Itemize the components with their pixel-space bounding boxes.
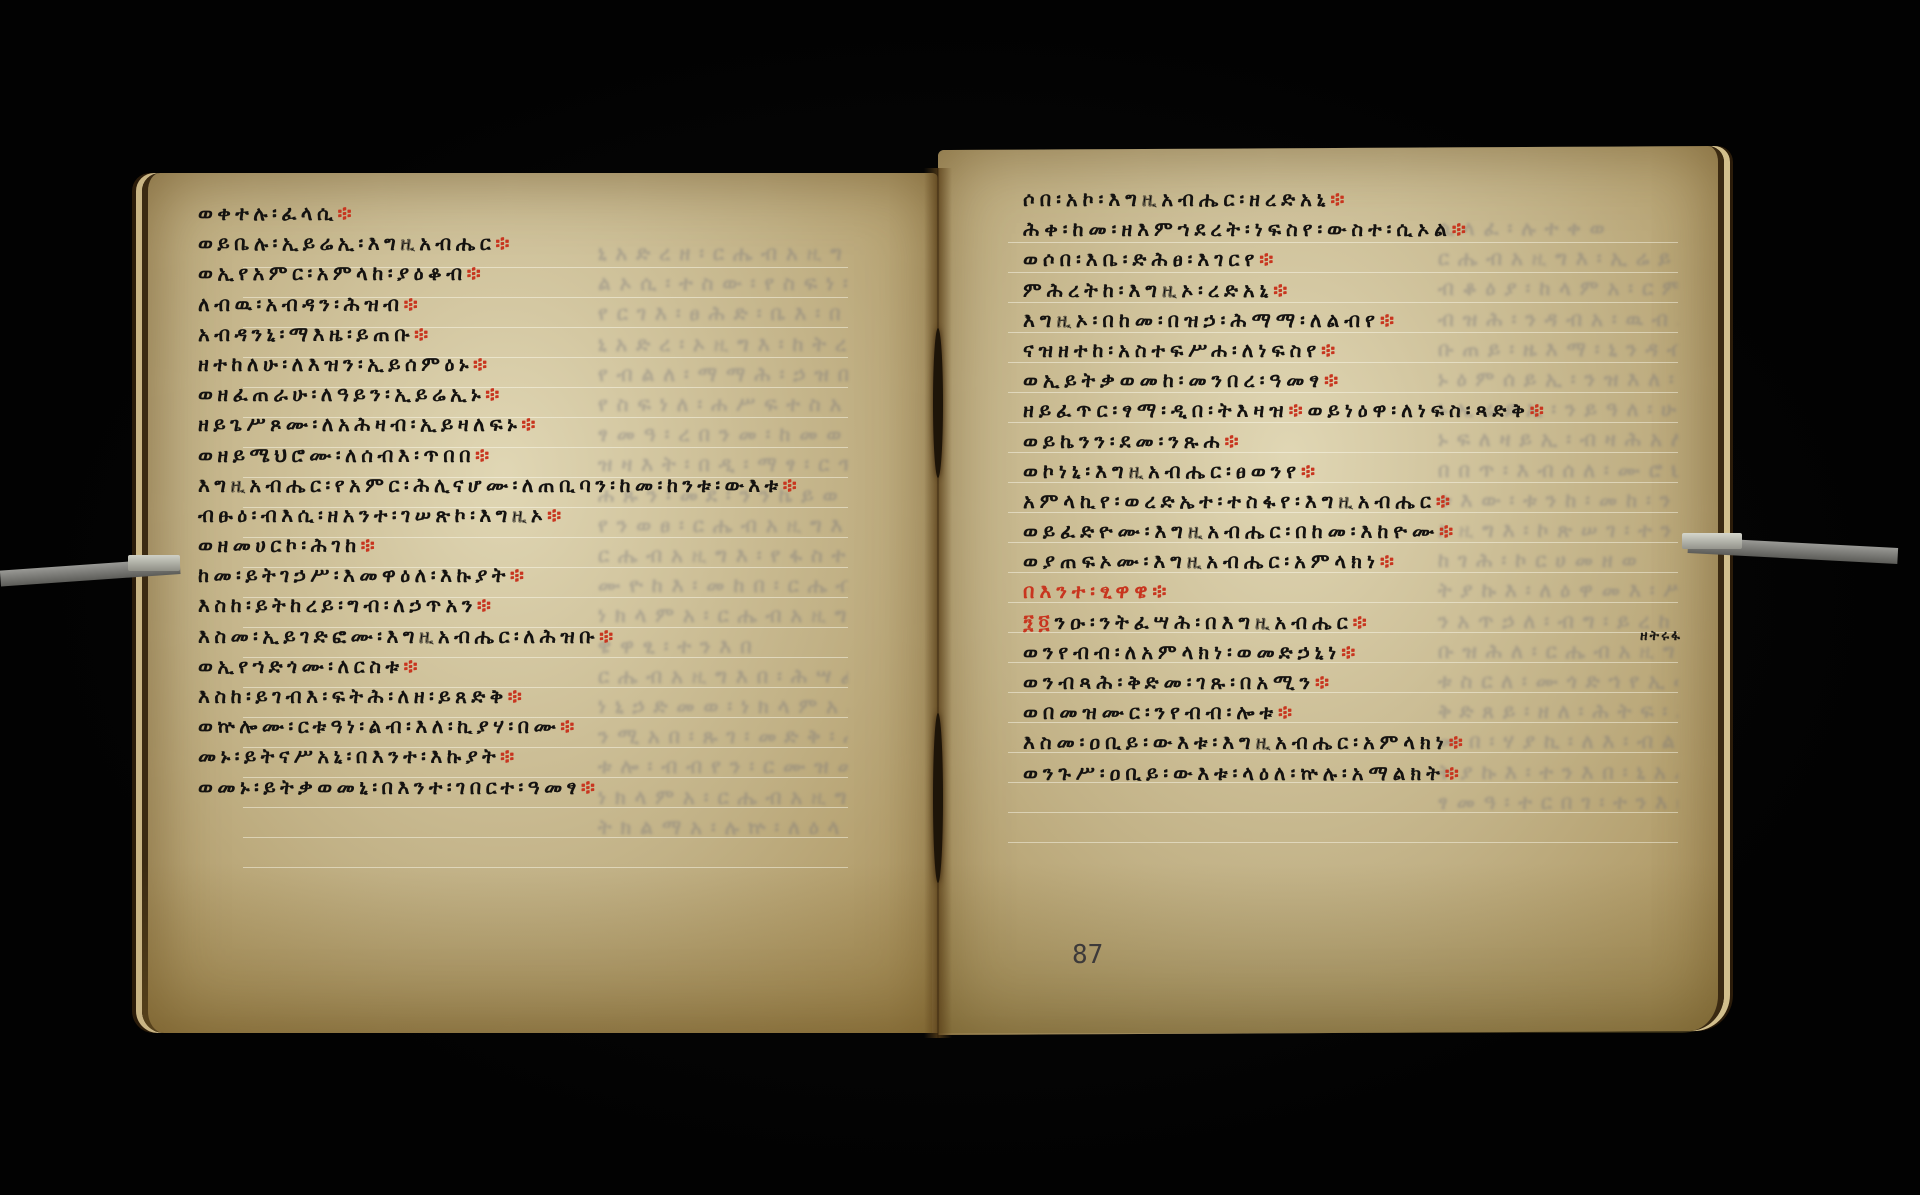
verse-divider-icon: ፨ (1259, 247, 1278, 271)
book-rest-left-tip (128, 555, 180, 571)
verse-divider-icon: ፨ (783, 473, 802, 497)
verse-divider-icon: ፨ (599, 624, 618, 648)
line-text: ወሶበ፡እቤ፡ድሕፀ፡እገርየ (1023, 247, 1259, 271)
line-text: ወይኬንን፡ደመ፡ንጹሐ (1023, 429, 1225, 453)
text-line: እግዚኦ፡በከመ፡በዝኃ፡ሕማማ፡ለልብየ፨ (1023, 305, 1549, 335)
text-line: ሕቀ፡ከመ፡ዘእምኀደረት፡ነፍስየ፡ውስተ፡ሲኦል፨ (1023, 214, 1549, 244)
line-text: ዘተከለሁ፡ለእዝን፡ኢይሰምዕኑ (198, 352, 473, 376)
text-line: ወሶበ፡እቤ፡ድሕፀ፡እገርየ፨ (1023, 244, 1549, 274)
line-text: አብዳንኒ፡ማእዜ፡ይጠቡ (198, 322, 414, 346)
catchword: ዘትሩፋ (1640, 628, 1682, 644)
verse-divider-icon: ፨ (581, 775, 600, 799)
line-text: እስመ፡ኢይገድፎሙ፡እግዚአብሔር፡ለሕዝቡ (198, 624, 599, 648)
line-text: መኑ፡ይትናሥአኒ፡በእንተ፡እኩያት (198, 744, 500, 768)
line-text: ሕቀ፡ከመ፡ዘእምኀደረት፡ነፍስየ፡ውስተ፡ሲኦል (1023, 217, 1452, 241)
verse-divider-icon: ፨ (1380, 549, 1399, 573)
verse-divider-icon: ፨ (1330, 187, 1349, 211)
text-line: ከመ፡ይትገኃሥ፡እመዋዕለ፡እኩያት፨ (198, 560, 801, 590)
line-text: ዘይጌሥጾሙ፡ለአሕዛብ፡ኢይዛለፍኑ (198, 412, 521, 436)
verse-divider-icon: ፨ (475, 443, 494, 467)
line-text: ምሕረትከ፡እግዚኦ፡ረድአኒ (1023, 278, 1273, 302)
psalm-number: ፺፬ (1023, 610, 1055, 634)
text-line: ወመኑ፡ይትቃወመኒ፡በእንተ፡ገበርተ፡ዓመፃ፨ (198, 772, 801, 802)
text-line: ሶበ፡አኮ፡እግዚአብሔር፡ዘረድአኒ፨ (1023, 184, 1549, 214)
verse-divider-icon: ፨ (495, 231, 514, 255)
line-text: አምላኪየ፡ወረድኤተ፡ተስፋየ፡እግዚአብሔር (1023, 489, 1436, 513)
verse-divider-icon: ፨ (403, 654, 422, 678)
verse-divider-icon: ፨ (1273, 278, 1292, 302)
line-text: ወንየብብ፡ለአምላክነ፡ወመድኃኒነ (1023, 640, 1341, 664)
book-gutter (924, 168, 952, 1038)
line-text: ወይፈድዮሙ፡እግዚአብሔር፡በከመ፡እከዮሙ (1023, 519, 1439, 543)
text-line: ወኢይትቃወመከ፡መንበረ፡ዓመፃ፨ (1023, 365, 1549, 395)
text-line: ወይቤሉ፡ኢይሬኢ፡እግዚአብሔር፨ (198, 228, 801, 258)
text-line: ወንብጻሕ፡ቅድመ፡ገጹ፡በአሚን፨ (1023, 667, 1549, 697)
line-text: ከመ፡ይትገኃሥ፡እመዋዕለ፡እኩያት (198, 563, 510, 587)
verse-divider-icon: ፨ (1225, 429, 1244, 453)
text-line: እስከ፡ይትከረይ፡ግብ፡ለኃጥአን፨ (198, 590, 801, 620)
verse-divider-icon: ፨ (473, 352, 492, 376)
text-line: ወኢየአምር፡አምላከ፡ያዕቆብ፨ (198, 258, 801, 288)
line-text: ወንጉሥ፡ዐቢይ፡ውእቱ፡ላዕለ፡ኵሉ፡አማልክት (1023, 761, 1445, 785)
left-page-stain (142, 863, 932, 1033)
line-text: ሶበ፡አኮ፡እግዚአብሔር፡ዘረድአኒ (1023, 187, 1330, 211)
line-text: ወያጠፍኦሙ፡እግዚአብሔር፡አምላክነ (1023, 549, 1380, 573)
line-text: ወይቤሉ፡ኢይሬኢ፡እግዚአብሔር (198, 231, 495, 255)
verse-divider-icon: ፨ (1436, 489, 1455, 513)
line-text: ንዑ፡ንትፈሣሕ፡በእግዚአብሔር (1055, 610, 1353, 634)
verse-divider-icon: ፨ (1324, 368, 1343, 392)
line-text: ወንብጻሕ፡ቅድመ፡ገጹ፡በአሚን (1023, 670, 1315, 694)
verse-divider-icon: ፨ (361, 533, 380, 557)
line-text: ወኵሎሙ፡ርቱዓነ፡ልብ፡እለ፡ኪያሃ፡በሙ (198, 714, 560, 738)
text-line: አምላኪየ፡ወረድኤተ፡ተስፋየ፡እግዚአብሔር፨ (1023, 486, 1549, 516)
verse-divider-icon: ፨ (485, 382, 504, 406)
binding-stitch-upper (933, 328, 943, 478)
line-text: ለብዉ፡አብዳን፡ሕዝብ (198, 292, 404, 316)
text-line: እግዚአብሔር፡የአምር፡ሕሊናሆሙ፡ለጠቢባን፡ከመ፡ከንቱ፡ውእቱ፨ (198, 470, 801, 500)
text-line: ወኵሎሙ፡ርቱዓነ፡ልብ፡እለ፡ኪያሃ፡በሙ፨ (198, 711, 801, 741)
line-text: ወዘይሜህሮሙ፡ለሰብእ፡ጥበበ (198, 443, 475, 467)
text-line: እስከ፡ይገብእ፡ፍትሕ፡ለዘ፡ይጸድቅ፨ (198, 681, 801, 711)
verse-divider-icon: ፨ (1445, 761, 1464, 785)
line-text: እግዚኦ፡በከመ፡በዝኃ፡ሕማማ፡ለልብየ (1023, 308, 1380, 332)
verse-divider-icon: ፨ (521, 412, 540, 436)
line-text: እስከ፡ይገብእ፡ፍትሕ፡ለዘ፡ይጸድቅ (198, 684, 508, 708)
line-text: ወቀተሉ፡ፈላሲ (198, 201, 338, 225)
text-line: ለብዉ፡አብዳን፡ሕዝብ፨ (198, 289, 801, 319)
text-line: ወቀተሉ፡ፈላሲ፨ (198, 198, 801, 228)
verse-divider-icon: ፨ (404, 292, 423, 316)
right-page-text: ሶበ፡አኮ፡እግዚአብሔር፡ዘረድአኒ፨ሕቀ፡ከመ፡ዘእምኀደረት፡ነፍስየ፡ው… (1023, 184, 1549, 788)
text-line: ወይፈድዮሙ፡እግዚአብሔር፡በከመ፡እከዮሙ፨ (1023, 516, 1549, 546)
text-line: ዘይፈጥር፡ፃማ፡ዲበ፡ትእዛዝ፨ወይነዕዋ፡ለነፍስ፡ጻድቅ፨ (1023, 395, 1549, 425)
left-page-text: ወቀተሉ፡ፈላሲ፨ወይቤሉ፡ኢይሬኢ፡እግዚአብሔር፨ወኢየአምር፡አምላከ፡ያ… (198, 198, 801, 802)
text-line: ወያጠፍኦሙ፡እግዚአብሔር፡አምላክነ፨ (1023, 546, 1549, 576)
binding-stitch-lower (933, 713, 943, 883)
verse-divider-icon: ፨ (1452, 217, 1471, 241)
line-text: ወኢይትቃወመከ፡መንበረ፡ዓመፃ (1023, 368, 1324, 392)
book-rest-right-tip (1682, 533, 1742, 549)
verse-divider-icon: ፨ (1439, 519, 1458, 543)
line-text: እስመ፡ዐቢይ፡ውእቱ፡እግዚአብሔር፡አምላክነ (1023, 730, 1449, 754)
line-text: ወኮነኒ፡እግዚአብሔር፡ፀወንየ (1023, 459, 1301, 483)
verse-divider-icon: ፨ (560, 714, 579, 738)
line-text: ወኢየኀድጎሙ፡ለርስቱ (198, 654, 403, 678)
text-line: ወንየብብ፡ለአምላክነ፡ወመድኃኒነ፨ (1023, 637, 1549, 667)
text-line: ወኮነኒ፡እግዚአብሔር፡ፀወንየ፨ (1023, 456, 1549, 486)
verse-divider-icon: ፨ (1449, 730, 1468, 754)
verse-divider-icon: ፨ (1321, 338, 1340, 362)
text-line: በእንተ፡ፂዋዌ፨ (1023, 576, 1549, 606)
folio-number: 87 (1072, 940, 1103, 970)
text-line: መኑ፡ይትናሥአኒ፡በእንተ፡እኩያት፨ (198, 741, 801, 771)
line-text: እግዚአብሔር፡የአምር፡ሕሊናሆሙ፡ለጠቢባን፡ከመ፡ከንቱ፡ውእቱ (198, 473, 783, 497)
right-page-stain (938, 863, 1718, 1033)
line-text: ወመኑ፡ይትቃወመኒ፡በእንተ፡ገበርተ፡ዓመፃ (198, 775, 581, 799)
text-line: ወይኬንን፡ደመ፡ንጹሐ፨ (1023, 426, 1549, 456)
open-manuscript: ኒአድረዘ፡ርሔብአዚግእ፡ኮአ፡በሶልኦሲ፡ተስው፡የስፍነ፡ትረደኀምእዘ፡… (128, 148, 1738, 1048)
line-text: ናዝዘተከ፡አስተፍሥሐ፡ለነፍስየ (1023, 338, 1321, 362)
line-text: ወኢየአምር፡አምላከ፡ያዕቆብ (198, 261, 467, 285)
verse-divider-icon: ፨ (1152, 579, 1171, 603)
text-line: ዘይጌሥጾሙ፡ለአሕዛብ፡ኢይዛለፍኑ፨ (198, 409, 801, 439)
line-text: ወዘመሀርኮ፡ሕገከ (198, 533, 361, 557)
text-line: ፺፬ንዑ፡ንትፈሣሕ፡በእግዚአብሔር፨ (1023, 607, 1549, 637)
text-line: አብዳንኒ፡ማእዜ፡ይጠቡ፨ (198, 319, 801, 349)
line-text: ወዘፈጠራሁ፡ለዓይን፡ኢይሬኢኑ (198, 382, 485, 406)
text-line: ወዘይሜህሮሙ፡ለሰብእ፡ጥበበ፨ (198, 440, 801, 470)
verse-divider-icon: ፨ (547, 503, 566, 527)
verse-divider-icon: ፨ (1315, 670, 1334, 694)
text-line: ወኢየኀድጎሙ፡ለርስቱ፨ (198, 651, 801, 681)
line-text: በእንተ፡ፂዋዌ (1023, 579, 1152, 603)
text-line: እስመ፡ዐቢይ፡ውእቱ፡እግዚአብሔር፡አምላክነ፨ (1023, 727, 1549, 757)
line-text: ወበመዝሙር፡ንየብብ፡ሎቱ (1023, 700, 1278, 724)
text-line: ወንጉሥ፡ዐቢይ፡ውእቱ፡ላዕለ፡ኵሉ፡አማልክት፨ (1023, 758, 1549, 788)
text-line: ወበመዝሙር፡ንየብብ፡ሎቱ፨ (1023, 697, 1549, 727)
text-line: ወዘመሀርኮ፡ሕገከ፨ (198, 530, 801, 560)
text-line: ዘተከለሁ፡ለእዝን፡ኢይሰምዕኑ፨ (198, 349, 801, 379)
verse-divider-icon: ፨ (1353, 610, 1372, 634)
verse-divider-icon: ፨ (338, 201, 357, 225)
text-line: ናዝዘተከ፡አስተፍሥሐ፡ለነፍስየ፨ (1023, 335, 1549, 365)
text-line: ምሕረትከ፡እግዚኦ፡ረድአኒ፨ (1023, 275, 1549, 305)
verse-divider-icon: ፨ (508, 684, 527, 708)
verse-divider-icon: ፨ (467, 261, 486, 285)
verse-divider-icon: ፨ (1301, 459, 1320, 483)
verse-divider-icon: ፨ (1380, 308, 1399, 332)
text-line: እስመ፡ኢይገድፎሙ፡እግዚአብሔር፡ለሕዝቡ፨ (198, 621, 801, 651)
line-text-continued: ወይነዕዋ፡ለነፍስ፡ጻድቅ (1308, 398, 1530, 422)
verse-divider-icon: ፨ (1289, 398, 1308, 422)
line-text: እስከ፡ይትከረይ፡ግብ፡ለኃጥአን (198, 593, 477, 617)
text-line: ብፁዕ፡ብእሲ፡ዘአንተ፡ገሠጽኮ፡እግዚኦ፨ (198, 500, 801, 530)
verse-divider-icon: ፨ (1530, 398, 1549, 422)
verse-divider-icon: ፨ (510, 563, 529, 587)
verse-divider-icon: ፨ (500, 744, 519, 768)
verse-divider-icon: ፨ (477, 593, 496, 617)
line-text: ዘይፈጥር፡ፃማ፡ዲበ፡ትእዛዝ (1023, 398, 1289, 422)
line-text: ብፁዕ፡ብእሲ፡ዘአንተ፡ገሠጽኮ፡እግዚኦ (198, 503, 547, 527)
verse-divider-icon: ፨ (1341, 640, 1360, 664)
verse-divider-icon: ፨ (1278, 700, 1297, 724)
text-line: ወዘፈጠራሁ፡ለዓይን፡ኢይሬኢኑ፨ (198, 379, 801, 409)
verse-divider-icon: ፨ (414, 322, 433, 346)
